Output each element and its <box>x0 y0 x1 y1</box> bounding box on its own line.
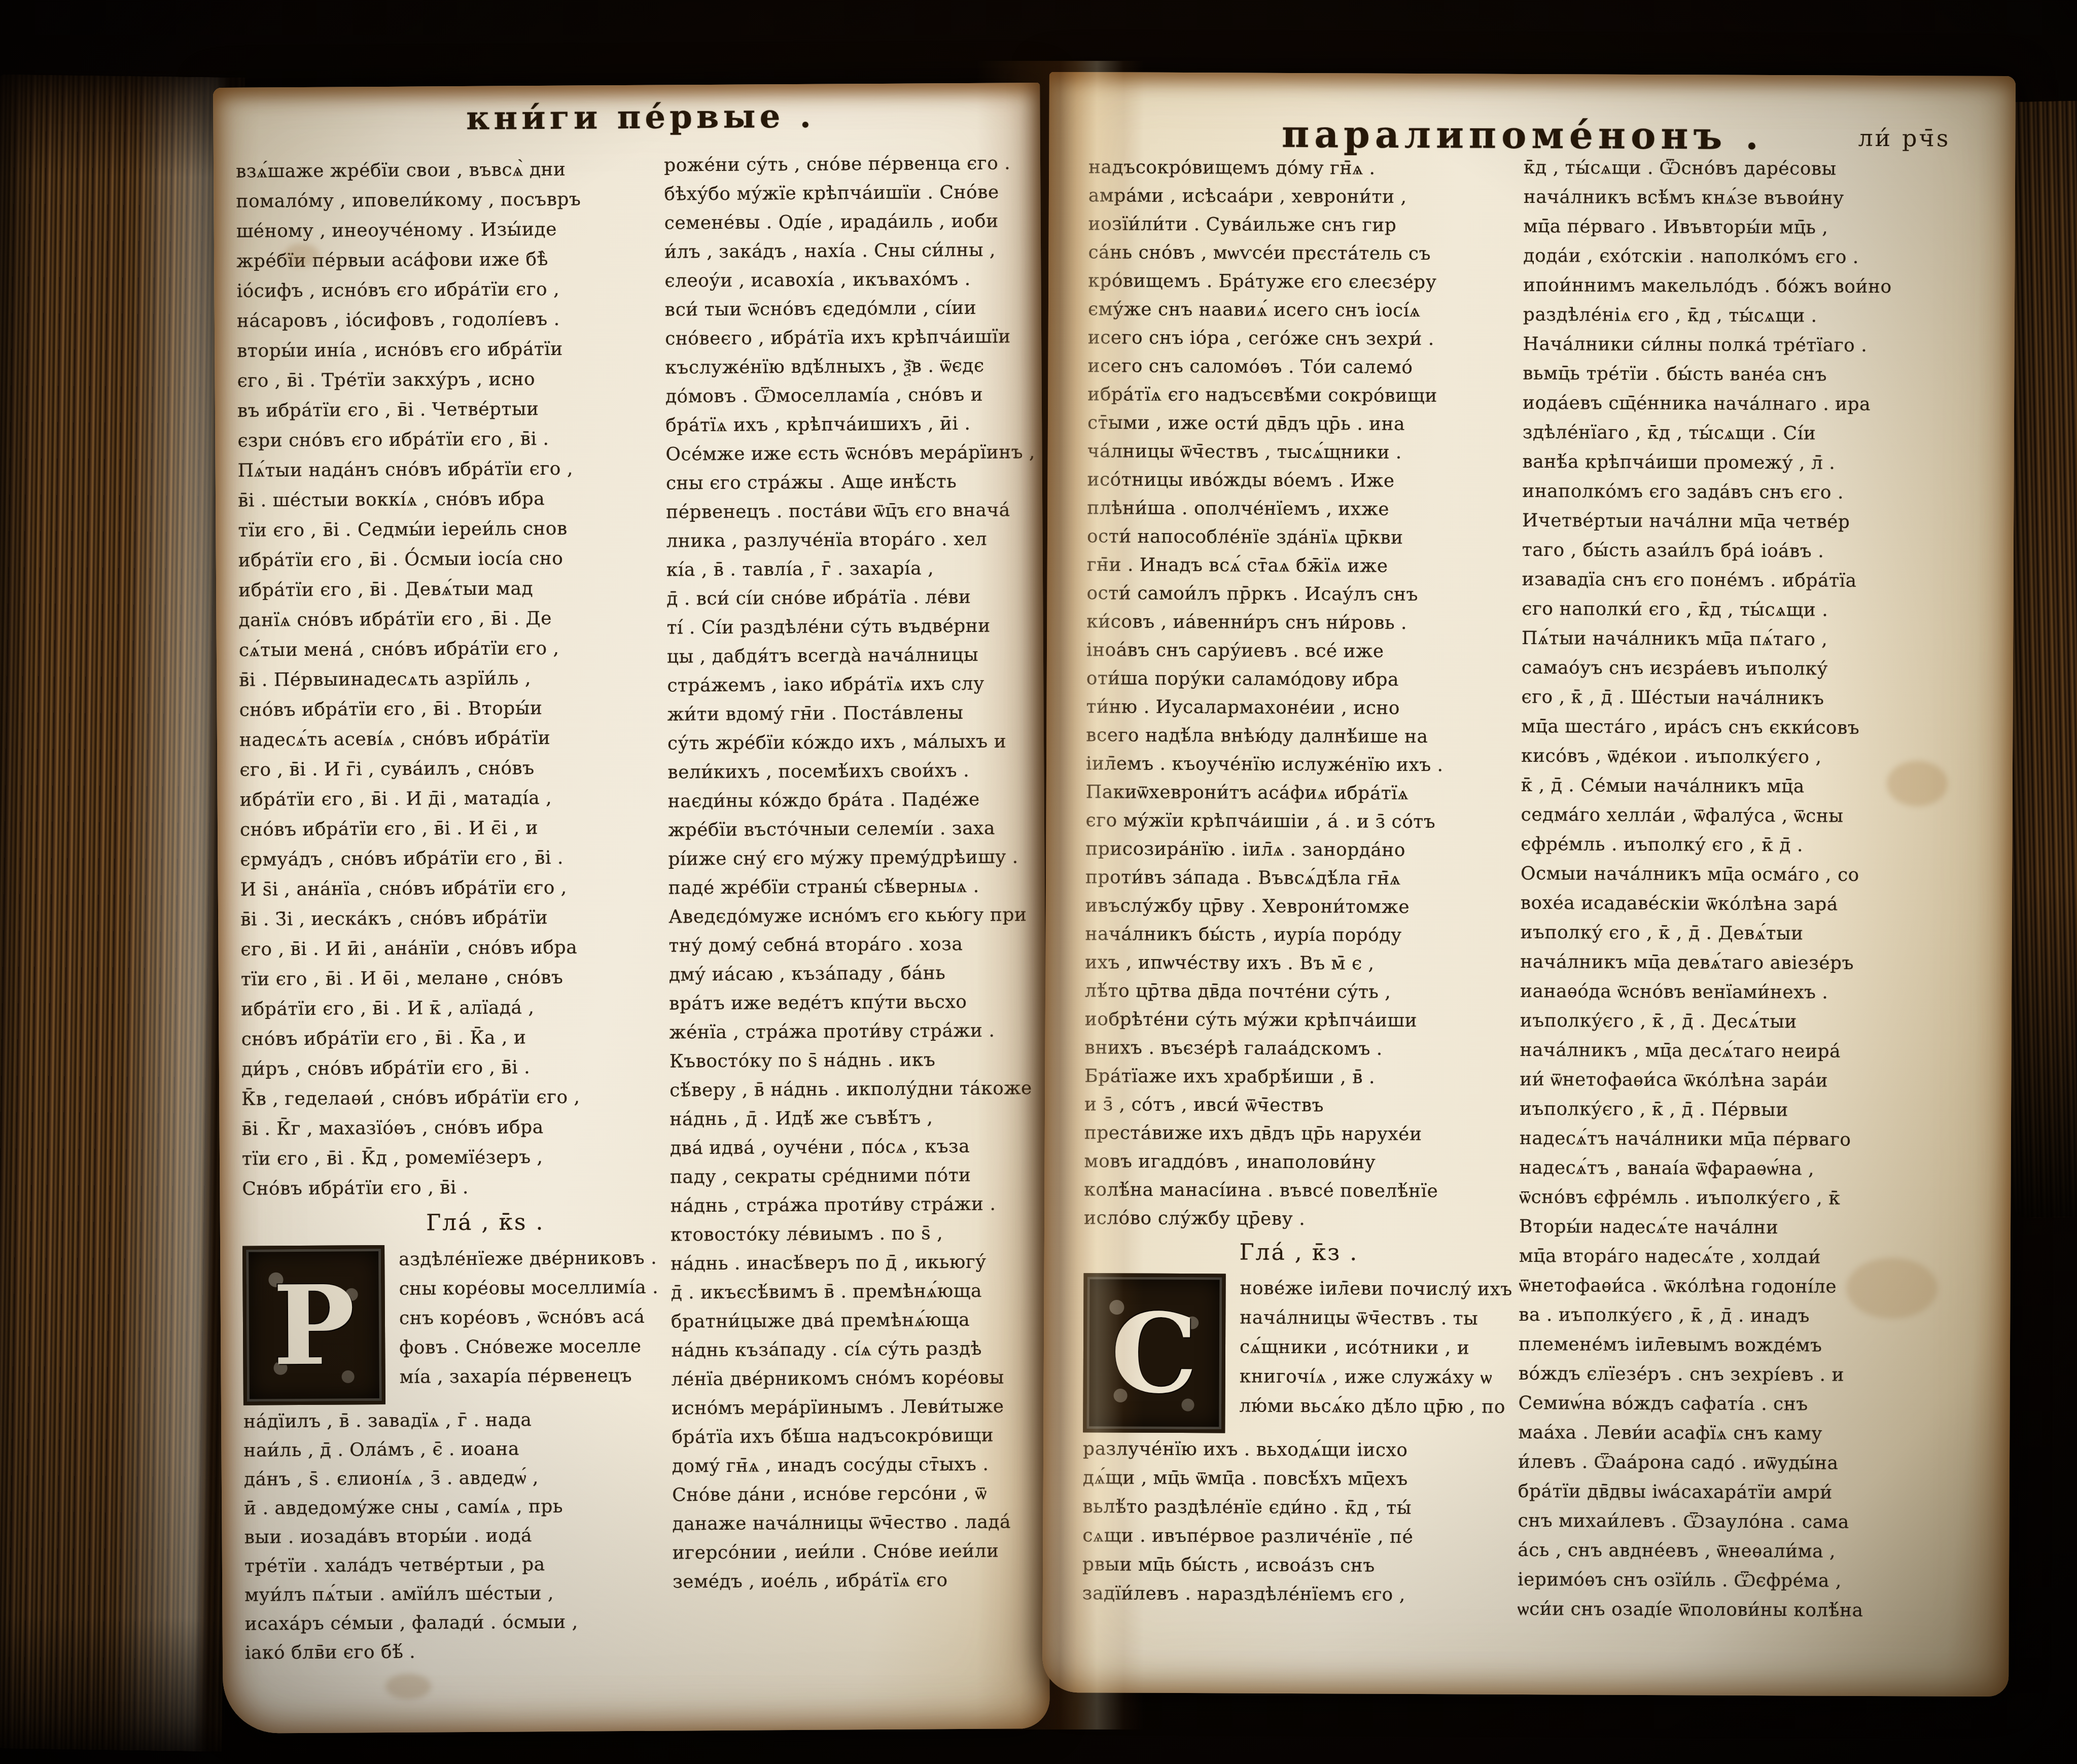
text-line: кро́вищемъ . Бра́туже єго єлеєзе́ру <box>1088 267 1518 297</box>
text-line: вра́тъ иже веде́тъ кпу́ти вьсхо <box>669 987 1041 1018</box>
book-photo: кни́ги пе́рвые . взѧ́шаже жре́бїи свои ,… <box>0 0 2077 1764</box>
text-line: маа́ха . Леви́и асафїѧ снъ каму <box>1518 1418 1956 1450</box>
text-line: на́дїилъ , в̄ . завадїѧ , г̄ . нада <box>243 1405 668 1436</box>
text-line: бра́тїи дв̄двы іѡа́сахара́тїи амри́ <box>1518 1477 1956 1508</box>
text-line: Аведєдо́муже исно́мъ єго кью́гу при <box>668 900 1041 931</box>
text-line: гн̄и . Инадъ всѧ́ ст̄аѧ бж̄їѧ иже <box>1087 551 1517 581</box>
text-line: єзри сно́въ єго ибра́тїи єго , в̄і . <box>237 424 662 456</box>
text-line: тїи єго , в̄і . К̄д , ромемїе́зеръ , <box>242 1142 667 1174</box>
text-line: земе́дъ , иое́ль , ибра́тїѧ єго <box>673 1565 1045 1596</box>
text-line: изавадїа снъ єго поне́мъ . ибра́тїа <box>1522 565 1960 596</box>
text-line: семене́вы . Оді́е , ирада́иль , иоби <box>664 206 1037 237</box>
column-a-initial-side-text: аздѣле́нїеже две́рниковъ .сны коре́овы м… <box>399 1244 668 1392</box>
text-line: нове́же іил̄еви почислу́ ихъ <box>1240 1274 1513 1304</box>
text-line: паду , секраты сре́дними по́ти <box>670 1160 1042 1191</box>
text-line: амра́ми , исѣсаа́ри , хеврони́ти , <box>1088 182 1519 212</box>
text-line: ибра́тїи єго , в̄і . О́смыи іосі́а сно <box>238 543 663 576</box>
text-line: братни́цыже два́ премѣнѧ́юща <box>671 1305 1043 1336</box>
text-line: бра́тїѧ ихъ , крѣпча́ишихъ , ӣі . <box>665 409 1038 440</box>
text-line: Пѧ́тыи нада́нъ сно́въ ибра́тїи єго , <box>238 453 663 486</box>
text-line: сны коре́овы моселлимі́а . <box>399 1273 667 1304</box>
text-line: ше́ному , инеоуче́ному . Изы́иде <box>236 214 661 246</box>
text-line: Нача́лники си́лны полка́ тре́тїаго . <box>1523 330 1961 361</box>
text-line: дому́ гн̄ѧ , инадъ сосу́ды ст̄ыхъ . <box>672 1450 1044 1480</box>
text-line: преста́виже ихъ дв̄дъ цр̄ь нарухе́и <box>1084 1119 1515 1149</box>
text-line: ванѣ́а крѣпча́иши промежу́ , л̄ . <box>1523 447 1961 479</box>
text-line: Осе́мже иже єсть ѿсно́въ мера́рїинъ , <box>665 438 1038 469</box>
text-line: да́нъ , ѕ̄ . єлионі́ѧ , з̄ . авдедѡ́ , <box>244 1463 669 1494</box>
text-line: нача́лницы ѿч̄ествъ . ты <box>1240 1303 1513 1334</box>
text-line: помало́му , иповели́кому , посъвръ <box>236 184 661 217</box>
text-line: вохе́а исадаве́скіи ѿко́лѣна зара́ <box>1521 889 1959 920</box>
text-line: самао́уъ снъ иєзра́евъ иъполку́ <box>1522 653 1960 685</box>
text-line: тну́ дому́ себна́ втора́го . хоза <box>668 929 1041 960</box>
initial-row: С нове́же іил̄еви почислу́ ихънача́лницы… <box>1083 1273 1513 1434</box>
text-line: инаполко́мъ єго зада́въ снъ єго . <box>1522 477 1960 508</box>
text-line: исно́мъ мера́рїинымъ . Леви́тыже <box>672 1392 1044 1423</box>
text-line: сѧщи . ивъпе́рвое различе́нїе , пе́ <box>1082 1521 1512 1552</box>
text-line: пе́рвенецъ . поста́ви ѿц̄ъ єго внача́ <box>666 496 1038 526</box>
text-line: на́днь . инасѣ́веръ по д̄ , икьюгу́ <box>671 1247 1043 1278</box>
text-line: и з̄ , со́тъ , ивси́ ѿч̄ествъ <box>1084 1090 1515 1121</box>
text-line: сно́въ ибра́тїи єго , в̄і . Вторы́и <box>239 693 664 725</box>
text-line: вели́кихъ , посемѣ́ихъ свои́хъ . <box>667 756 1040 787</box>
text-line: сно́въ ибра́тїи єго , в̄і . И є̄і , и <box>240 813 665 845</box>
text-line: ибра́тїи єго , в̄і . И к̄ , алїада́ , <box>241 992 666 1025</box>
ornamental-initial-r: Р <box>242 1245 385 1405</box>
text-line: к̄ , д̄ . Се́мыи нача́лникъ мц̄а <box>1521 771 1959 802</box>
text-line: ди́ръ , сно́въ ибра́тїи єго , в̄і . <box>241 1052 666 1084</box>
text-line: сны єго стра́жы . Аще инѣ́сть <box>666 467 1038 498</box>
text-line: лника , разлуче́нїа втора́го . хел <box>666 524 1038 555</box>
text-line: єфре́мль . иъполку́ єго , к̄ д̄ . <box>1521 830 1959 861</box>
column-c-pre-text: надъсокро́вищемъ до́му гн̄ѧ .амра́ми , и… <box>1084 153 1519 1234</box>
text-line: ѿсно́въ єфре́мль . иъполку́єго , к̄ <box>1519 1183 1957 1214</box>
text-line: єго , в̄і . И ӣі , ана́нїи , сно́въ ибра <box>240 932 665 965</box>
text-line: племене́мъ іил̄евымъ вожде́мъ <box>1519 1330 1957 1361</box>
text-line: раздѣле́ніѧ єго , к̄д , ты́сѧщи . <box>1523 300 1961 332</box>
text-line: паде́ жре́бїи страны́ сѣ́верныѧ . <box>668 871 1041 902</box>
text-line: єлеоу́и , исавохі́а , икъвахо́мъ . <box>664 264 1037 295</box>
text-line: ианаѳо́да ѿсно́въ венїами́нехъ . <box>1520 977 1958 1008</box>
text-line: исаха́ръ се́мыи , фалади́ . о́смыи , <box>244 1607 670 1639</box>
text-line: в̄і . К̄г , махазїо́ѳъ , сно́въ ибра <box>241 1112 666 1144</box>
text-line: на́саровъ , іо́сифовъ , годолі́евъ . <box>237 304 662 336</box>
text-line: ѡси́и снъ озаді́е ѿполови́ны колѣ́на <box>1518 1595 1956 1626</box>
text-line: вьмц̄ь тре́тїи . бы́сть ване́а снъ <box>1523 359 1961 391</box>
text-line: данїѧ сно́въ ибра́тїи єго , в̄і . Де <box>238 603 663 636</box>
text-line: Осмыи нача́лникъ мц̄а осма́го , со <box>1521 859 1959 891</box>
column-c: надъсокро́вищемъ до́му гн̄ѧ .амра́ми , и… <box>1082 153 1519 1610</box>
column-c-post-text: разлуче́нїю ихъ . вьходѧ́щи іисходѧ́щи ,… <box>1082 1434 1513 1610</box>
text-line: Пакиѿхеврони́тъ аса́фиѧ ибра́тїѧ <box>1086 778 1516 808</box>
text-line: колѣ́на манасі́ина . въвсе́ повелѣ́нїе <box>1084 1176 1514 1206</box>
text-line: на́днь къза́паду . сі́ѧ су́ть раздѣ <box>671 1334 1043 1365</box>
text-line: нача́лникъ , мц̄а десѧ́таго неира́ <box>1520 1036 1958 1067</box>
folio-number: ли́ рч̄ѕ <box>1858 124 1950 152</box>
left-page: кни́ги пе́рвые . взѧ́шаже жре́бїи свои ,… <box>213 83 1050 1734</box>
text-line: и́левъ . Ѿаа́рона садо́ . иѿуды́на <box>1518 1448 1956 1479</box>
text-line: внихъ . въєзе́рѣ галаа́дскомъ . <box>1084 1034 1515 1064</box>
text-line: ст̄ыми , иже ости́ дв̄дъ цр̄ь . ина <box>1087 409 1518 439</box>
text-line: ктовосто́ку ле́виымъ . по ѕ̄ , <box>671 1218 1043 1249</box>
text-line: єрмуа́дъ , сно́въ ибра́тїи єго , в̄і . <box>240 842 665 875</box>
text-line: стра́жемъ , іако ибра́тїѧ ихъ слу <box>667 669 1039 700</box>
text-line: Пѧ́тыи нача́лникъ мц̄а пѧ́таго , <box>1522 624 1960 655</box>
text-line: до́мовъ . Ѿмоселламі́а , сно́въ и <box>665 380 1038 411</box>
text-line: ибра́тїѧ єго надъсєвѣ́ми сокро́вищи <box>1087 380 1518 411</box>
text-line: Семиѡ́на во́ждъ сафаті́а . снъ <box>1518 1389 1956 1420</box>
text-line: а́сь , снъ авдне́евъ , ѿнеѳали́ма , <box>1518 1536 1956 1567</box>
text-line: всего надѣ́ла внѣю́ду далнѣ́ише на <box>1086 721 1516 752</box>
text-line: бѣху́бо му́жїе крѣпча́ишїи . Сно́ве <box>664 178 1036 208</box>
text-line: взѧ́шаже жре́бїи свои , въвсѧ̀ дни <box>236 154 661 187</box>
text-line: дму́ иа́саю , къза́паду , ба́нь <box>669 958 1041 989</box>
text-line: іо́сифъ , исно́въ єго ибра́тїи єго , <box>236 274 661 306</box>
text-line: сѣ́веру , в̄ на́днь . икполу́дни та́коже <box>670 1074 1042 1105</box>
text-line: ті́ . Сі́и раздѣле́ни су́ть въдве́рни <box>666 611 1039 642</box>
text-line: ва . иъполку́єго , к̄ , д̄ . инадъ <box>1519 1300 1957 1332</box>
text-line: И ѕ̄і , ана́нїа , сно́въ ибра́тїи єго , <box>240 872 665 905</box>
text-line: су́ть жре́бїи ко́ждо ихъ , ма́лыхъ и <box>667 727 1040 758</box>
text-line: сно́въ ибра́тїи єго , в̄і . К̄а , и <box>241 1022 666 1054</box>
text-line: нача́лникъ мц̄а девѧ́таго авіезе́ръ <box>1520 947 1958 979</box>
column-a-pre-text: взѧ́шаже жре́бїи свои , въвсѧ̀ днипомало… <box>236 154 667 1204</box>
text-line: вьлѣ́то раздѣле́нїе єди́но . к̄д , ты́ <box>1083 1492 1513 1523</box>
text-line: К̄в , геделаѳи́ , сно́въ ибра́тїи єго , <box>241 1082 666 1114</box>
text-line: во́ждъ єлїезе́ръ . снъ зехрі́евъ . и <box>1519 1359 1957 1391</box>
text-line: аздѣле́нїеже две́рниковъ . <box>399 1244 667 1275</box>
text-line: надесѧ́тъ нача́лники мц̄а пе́рваго <box>1520 1124 1958 1155</box>
text-line: фовъ . Сно́веже моселле <box>399 1332 668 1363</box>
text-line: жре́бїи въсто́чныи селемі́и . заха <box>668 814 1040 844</box>
text-line: ки́совъ , иа́венни́ръ снъ ни́ровь . <box>1086 608 1517 638</box>
text-line: два́ идва́ , оуче́ни , по́сѧ , къза <box>670 1132 1042 1162</box>
text-line: ости́ напособле́нїе зда́нїѧ цр̄кви <box>1087 522 1517 553</box>
text-line: сно́веєго , ибра́тїа ихъ крѣпча́ишїи <box>665 322 1037 353</box>
text-line: ихъ , ипѡче́ству ихъ . Въ м̄ є , <box>1085 948 1515 979</box>
text-line: присозира́нїю . іил̄ѧ . занорда́но <box>1085 835 1516 865</box>
text-line: выи . иозада́въ вторы́и . иода́ <box>244 1521 669 1552</box>
text-line: ипои́ннимъ макельло́дъ . бо́жъ вои́но <box>1523 271 1961 302</box>
text-line: в̄і . Пе́рвыинадесѧть азрїи́ль , <box>239 663 664 695</box>
text-line: Вторы́и надесѧ́те нача́лни <box>1519 1212 1957 1244</box>
text-line: в̄і . З̄і , иеска́къ , сно́въ ибра́тїи <box>240 902 665 935</box>
text-line: жре́бїи пе́рвыи аса́фови иже бѣ̀ <box>236 244 661 276</box>
column-c-initial-side-text: нове́же іил̄еви почислу́ ихънача́лницы ѿ… <box>1239 1274 1513 1422</box>
text-line: ибра́тїи єго , в̄і . И д̄і , матаді́а , <box>240 783 665 815</box>
initial-row: Р аздѣле́нїеже две́рниковъ .сны коре́овы… <box>242 1244 668 1405</box>
text-line: іако́ блв̄и єго бѣ́ . <box>245 1636 670 1668</box>
text-line: єго , к̄ , д̄ . Ше́стыи нача́лникъ <box>1521 683 1959 714</box>
text-line: данаже нача́лницы ѿч̄ество . лада́ <box>672 1507 1044 1538</box>
text-line: лю́ми вьсѧ́ко дѣ́ло цр̄ю , по <box>1239 1392 1513 1422</box>
text-line: здѣле́нїаго , к̄д , ты́сѧщи . Сі́и <box>1523 418 1961 449</box>
text-line: исего снъ саломо́ѳъ . То́и салемо́ <box>1087 352 1518 382</box>
running-title-right: паралипоме́нонъ . <box>1282 113 1764 158</box>
text-line: ӣ . авдедому́же сны , самі́ѧ , прь <box>244 1492 669 1523</box>
text-line: исо́тницы иво́жды во́емъ . Иже <box>1087 466 1517 496</box>
text-line: лѣ́то цр̄тва дв̄да почте́ни су́ть , <box>1085 977 1515 1007</box>
text-line: игерсо́нии , иеи́ли . Сно́ве иеи́ли <box>673 1536 1045 1567</box>
text-line: исло́во слу́жбу цр̄еву . <box>1084 1204 1514 1234</box>
column-d: к̄д , ты́сѧщи . Ѿсно́въ даре́совынача́лн… <box>1518 153 1962 1626</box>
running-title-left: кни́ги пе́рвые . <box>466 97 815 137</box>
text-line: ивъслу́жбу цр̄ву . Хеврони́томже <box>1085 892 1516 922</box>
text-line: вси́ тыи ѿсно́въ єдедо́мли , сі́ии <box>665 293 1037 324</box>
text-line: мі́а , захарі́а пе́рвенецъ <box>399 1361 668 1392</box>
text-line: снъ коре́овъ , ѿсно́въ аса́ <box>399 1302 668 1333</box>
text-line: мц̄а втора́го надесѧ́те , холдаи́ <box>1519 1242 1957 1273</box>
text-line: єго , в̄і . И г̄і , сува́илъ , сно́въ <box>239 753 664 785</box>
text-line: ле́нїа две́рникомъ сно́мъ коре́овы <box>672 1363 1044 1394</box>
text-line: нача́лникъ всѣ́мъ кнѧ́зе въвои́ну <box>1524 183 1962 214</box>
text-line: цы , дабдя́тъ всегда̀ нача́лницы <box>667 640 1039 671</box>
text-line: кі́а , в̄ . тавлі́а , г̄ . захарі́а , <box>666 553 1039 584</box>
text-line: наєди́ны ко́ждо бра́та . Паде́же <box>668 785 1040 816</box>
chapter-heading-26: Гла́ , к̄ѕ . <box>242 1202 667 1243</box>
text-line: рі́иже сну́ єго му́жу прему́дрѣишу . <box>668 842 1040 873</box>
text-line: роже́ни су́ть , сно́ве пе́рвенца єго . <box>664 149 1036 180</box>
text-line: иъполку́ єго , к̄ , д̄ . Девѧ́тыи <box>1520 918 1958 949</box>
text-line: ча́лницы ѿч̄ествъ , тысѧ́щники . <box>1087 437 1518 468</box>
text-line: іеримо́ѳъ снъ озїи́ль . Ѿєфре́ма , <box>1518 1565 1956 1597</box>
text-line: въ ибра́тїи єго , в̄і . Четве́ртыи <box>237 394 662 426</box>
text-line: тїи єго , в̄і . И ѳ̄і , меланѳ , сно́въ <box>241 962 666 995</box>
right-page: паралипоме́нонъ . ли́ рч̄ѕ надъсокро́вищ… <box>1042 72 2016 1697</box>
text-line: къслуже́нїю вдѣ́лныхъ , ѯ̄в . ѿєдє <box>665 351 1037 382</box>
text-line: Сно́ве да́ни , исно́ве герсо́ни , ѿ <box>672 1478 1044 1509</box>
text-line: іил̄емъ . къоуче́нїю ислуже́нїю ихъ . <box>1086 750 1516 780</box>
text-line: задїи́левъ . нараздѣле́нїемъ єго , <box>1082 1579 1512 1610</box>
text-line: тре́тїи . хала́дъ четве́ртыи , ра <box>244 1549 670 1581</box>
text-line: иъполку́єго , к̄ , д̄ . Пе́рвыи <box>1520 1095 1958 1126</box>
text-line: же́нїа , стра́жа проти́ву стра́жи . <box>669 1016 1041 1047</box>
column-a-post-text: на́дїилъ , в̄ . завадїѧ , г̄ . наданаи́л… <box>243 1405 670 1668</box>
text-line: книгочі́ѧ , иже служа́ху ѡ <box>1240 1362 1513 1393</box>
text-line: муи́лъ пѧ́тыи . амїи́лъ ше́стыи , <box>244 1578 670 1610</box>
text-line: наи́ль , д̄ . Ола́мъ , є̄ . иоана <box>243 1434 668 1465</box>
text-line: кисо́въ , ѿде́кои . иъполку́єго , <box>1521 742 1959 773</box>
text-line: вторы́и ині́а , исно́въ єго ибра́тїи <box>237 334 662 366</box>
text-line: таго , бы́сть азаи́лъ бра́ іоа́въ . <box>1522 536 1960 567</box>
text-line: снъ михаи́левъ . Ѿзауло́на . сама <box>1518 1506 1956 1538</box>
text-line: ѿнетофаѳи́са . ѿко́лѣна годоні́ле <box>1519 1271 1957 1302</box>
ornamental-initial-s: С <box>1083 1273 1225 1433</box>
text-line: проти́въ за́пада . Въвсѧ́дѣ́ла гн̄ѧ <box>1085 863 1516 894</box>
text-line: мц̄а шеста́го , ира́съ снъ єкки́совъ <box>1521 712 1959 744</box>
text-line: єму́же снъ наавиѧ́ исего снъ іосі́ѧ <box>1088 295 1518 326</box>
text-line: плѣни́ша . ополче́нїемъ , ихже <box>1087 494 1517 524</box>
column-a: взѧ́шаже жре́бїи свои , въвсѧ̀ днипомало… <box>236 154 670 1668</box>
text-line: Ичетве́ртыи нача́лни мц̄а четве́р <box>1522 506 1960 538</box>
text-line: рвыи мц̄ь бы́сть , исвоа́зъ снъ <box>1082 1550 1512 1581</box>
text-line: в̄і . ше́стыи воккі́ѧ , сно́въ ибра <box>238 483 663 516</box>
text-line: єго му́жїи крѣпча́ишіи , а́ . и з̄ со́тъ <box>1085 806 1516 837</box>
text-line: дѧ́щи , мц̄ь ѿмц̄а . повсѣ́хъ мц̄ехъ <box>1083 1463 1513 1494</box>
text-line: єго , в̄і . Тре́тїи закху́ръ , исно <box>237 364 662 396</box>
text-line: Къвосто́ку по ѕ̄ на́днь . икъ <box>670 1045 1042 1076</box>
text-line: надесѧ́тъ , ванаі́а ѿфараѳѡ́на , <box>1519 1153 1957 1185</box>
text-line: д̄ . вси́ сі́и сно́ве ибра́тїа . ле́ви <box>666 582 1039 613</box>
text-line: мц̄а пе́рваго . Ивъвторы́и мц̄ь , <box>1524 212 1962 243</box>
text-line: мовъ игаддо́въ , инаполови́ну <box>1084 1147 1514 1178</box>
text-line: исего снъ іо́ра , сего́же снъ зехри́ . <box>1088 324 1518 354</box>
text-line: сѧ́тыи мена́ , сно́въ ибра́тїи єго , <box>239 633 664 665</box>
text-line: Бра́тїаже ихъ храбрѣ́иши , в̄ . <box>1084 1062 1515 1092</box>
text-line: на́днь , д̄ . Идѣ́ же съвѣ́тъ , <box>670 1103 1042 1134</box>
text-line: ибра́тїи єго , в̄і . Девѧ́тыи мад <box>238 573 663 606</box>
text-line: на́днь , стра́жа проти́ву стра́жи . <box>670 1189 1042 1220</box>
text-line: Сно́въ ибра́тїи єго , в̄і . <box>242 1172 667 1204</box>
text-line: єго наполки́ єго , к̄д , ты́сѧщи . <box>1522 594 1960 626</box>
text-line: надесѧ́ть асеві́ѧ , сно́въ ибра́тїи <box>239 723 664 755</box>
text-line: иобрѣте́ни су́ть му́жи крѣпча́иши <box>1085 1005 1515 1036</box>
text-line: дода́и , єхо́тскіи . наполко́мъ єго . <box>1523 241 1961 273</box>
text-line: оти́ша пору́ки саламо́дову ибра <box>1086 664 1517 695</box>
text-line: нача́лникъ бы́сть , иурі́а поро́ду <box>1085 920 1515 950</box>
text-line: д̄ . икъєсѣ́вимъ в̄ . премѣнѧ́юща <box>671 1276 1043 1307</box>
text-line: иода́евъ сщ̄е́нника нача́лнаго . ира <box>1523 389 1961 420</box>
column-b: роже́ни су́ть , сно́ве пе́рвенца єго .бѣ… <box>664 149 1045 1596</box>
text-line: ти́ню . Иусалармахоне́ии , исно <box>1086 693 1516 723</box>
text-line: ости́ самои́лъ пр̄ркъ . Исау́лъ снъ <box>1086 579 1517 610</box>
text-line: сѧ́щники , исо́тники , и <box>1240 1333 1513 1363</box>
text-line: к̄д , ты́сѧщи . Ѿсно́въ даре́совы <box>1524 153 1962 185</box>
text-line: са́нь сно́въ , мѡѵсе́и прєста́тель съ <box>1088 238 1518 269</box>
text-line: жи́ти вдому́ гн̄и . Поста́влены <box>667 698 1039 729</box>
text-line: разлуче́нїю ихъ . вьходѧ́щи іисхо <box>1083 1434 1513 1465</box>
text-line: тїи єго , в̄і . Седмы́и іереи́ль снов <box>238 513 663 546</box>
left-page-block-fore-edge <box>0 75 245 1751</box>
text-line: іноа́въ снъ сару́иевъ . все́ иже <box>1086 636 1517 666</box>
text-line: ии́ ѿнетофаѳи́са ѿко́лѣна зара́и <box>1520 1065 1958 1097</box>
text-line: иозїи́ли́ти . Сува́ильже снъ гир <box>1088 210 1519 240</box>
chapter-heading-27: Гла́ , к̄з . <box>1084 1232 1514 1272</box>
text-line: надъсокро́вищемъ до́му гн̄ѧ . <box>1088 153 1519 184</box>
text-line: бра́тїа ихъ бѣ́ша надъсокро́вищи <box>672 1421 1044 1452</box>
text-line: иъполку́єго , к̄ , д̄ . Десѧ́тыи <box>1520 1006 1958 1038</box>
text-line: седма́го хелла́и , ѿфалу́са , ѿсны <box>1521 800 1959 832</box>
text-line: и́лъ , зака́дъ , нахі́а . Сны си́лны , <box>664 235 1037 266</box>
